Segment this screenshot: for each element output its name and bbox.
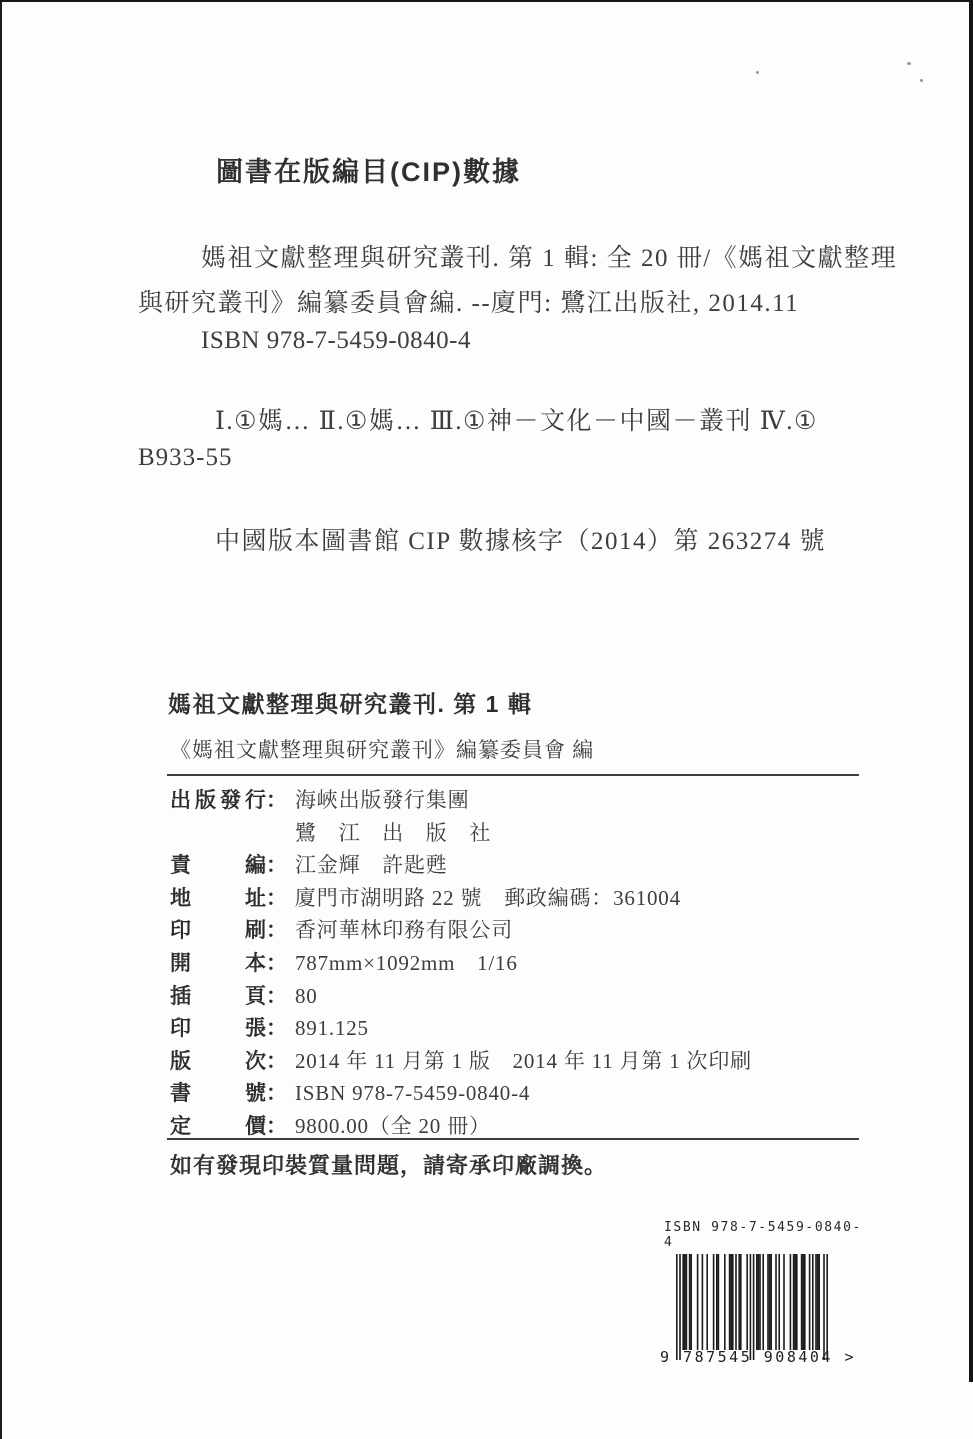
cip-classification-line2: B933-55 bbox=[138, 444, 233, 472]
row-label: 出版發行 bbox=[170, 784, 266, 814]
divider-bottom bbox=[167, 1138, 859, 1140]
scan-speckle bbox=[756, 71, 759, 74]
cip-classification-line1: Ⅰ.①媽… Ⅱ.①媽… Ⅲ.①神－文化－中國－叢刊 Ⅳ.① bbox=[215, 401, 818, 437]
colophon-table: 出版發行： 海峽出版發行集團 ： 鷺 江 出 版 社 責編： 江金輝 許匙甦 地… bbox=[170, 784, 860, 1143]
row-value: 891.125 bbox=[295, 1016, 369, 1041]
row-label: 版次 bbox=[170, 1045, 266, 1075]
row-label: 開本 bbox=[170, 947, 266, 977]
row-value: 江金輝 許匙甦 bbox=[295, 849, 448, 879]
row-value: 海峽出版發行集團 bbox=[295, 784, 469, 814]
row-printer: 印刷： 香河華林印務有限公司 bbox=[170, 914, 860, 947]
row-label: 印張 bbox=[170, 1012, 266, 1042]
scan-edge-shadow bbox=[969, 2, 973, 1382]
row-label: 書號 bbox=[170, 1077, 266, 1107]
isbn-barcode: ISBN 978-7-5459-0840-4 9 787545 908404 > bbox=[660, 1220, 870, 1366]
cip-isbn: ISBN 978-7-5459-0840-4 bbox=[201, 327, 471, 355]
editor-line: 《媽祖文獻整理與研究叢刊》編纂委員會 編 bbox=[170, 734, 594, 764]
divider-top bbox=[167, 774, 859, 776]
row-value: 廈門市湖明路 22 號 郵政編碼：361004 bbox=[295, 882, 681, 912]
row-sheets: 印張： 891.125 bbox=[170, 1012, 860, 1045]
scan-speckle bbox=[907, 62, 911, 65]
cip-title: 圖書在版編目(CIP)數據 bbox=[216, 150, 521, 189]
series-title: 媽祖文獻整理與研究叢刊. 第 1 輯 bbox=[168, 686, 532, 719]
scan-speckle bbox=[920, 79, 923, 82]
row-value: 9800.00（全 20 冊） bbox=[295, 1110, 491, 1140]
row-inserts: 插頁： 80 bbox=[170, 980, 860, 1013]
cip-entry-line1: 媽祖文獻整理與研究叢刊. 第 1 輯: 全 20 冊/《媽祖文獻整理 bbox=[201, 238, 897, 274]
row-label: 地址 bbox=[170, 882, 266, 912]
row-edition: 版次： 2014 年 11 月第 1 版 2014 年 11 月第 1 次印刷 bbox=[170, 1045, 860, 1078]
row-label: 印刷 bbox=[170, 914, 266, 944]
row-label: 責編 bbox=[170, 849, 266, 879]
row-book-number: 書號： ISBN 978-7-5459-0840-4 bbox=[170, 1077, 860, 1110]
row-value: 2014 年 11 月第 1 版 2014 年 11 月第 1 次印刷 bbox=[295, 1045, 752, 1075]
row-address: 地址： 廈門市湖明路 22 號 郵政編碼：361004 bbox=[170, 882, 860, 915]
row-responsible-editor: 責編： 江金輝 許匙甦 bbox=[170, 849, 860, 882]
row-publisher-2: ： 鷺 江 出 版 社 bbox=[170, 817, 860, 850]
row-value: 80 bbox=[295, 984, 318, 1009]
row-label: 定價 bbox=[170, 1110, 266, 1140]
row-value: ISBN 978-7-5459-0840-4 bbox=[295, 1081, 530, 1106]
quality-note: 如有發現印裝質量問題，請寄承印廠調換。 bbox=[170, 1149, 607, 1180]
barcode-bars bbox=[676, 1254, 828, 1360]
barcode-digits: 9 787545 908404 > bbox=[660, 1348, 870, 1366]
barcode-isbn-text: ISBN 978-7-5459-0840-4 bbox=[664, 1220, 870, 1250]
row-publisher: 出版發行： 海峽出版發行集團 bbox=[170, 784, 860, 817]
row-value: 鷺 江 出 版 社 bbox=[295, 817, 491, 847]
cip-record-number: 中國版本圖書館 CIP 數據核字（2014）第 263274 號 bbox=[215, 521, 826, 557]
cip-entry-line2: 與研究叢刊》編纂委員會編. --廈門: 鷺江出版社, 2014.11 bbox=[138, 283, 799, 319]
row-label: 插頁 bbox=[170, 980, 266, 1010]
row-value: 香河華林印務有限公司 bbox=[295, 914, 513, 944]
row-format: 開本： 787mm×1092mm 1/16 bbox=[170, 947, 860, 980]
book-copyright-page: 圖書在版編目(CIP)數據 媽祖文獻整理與研究叢刊. 第 1 輯: 全 20 冊… bbox=[0, 0, 973, 1439]
row-value: 787mm×1092mm 1/16 bbox=[295, 947, 518, 977]
